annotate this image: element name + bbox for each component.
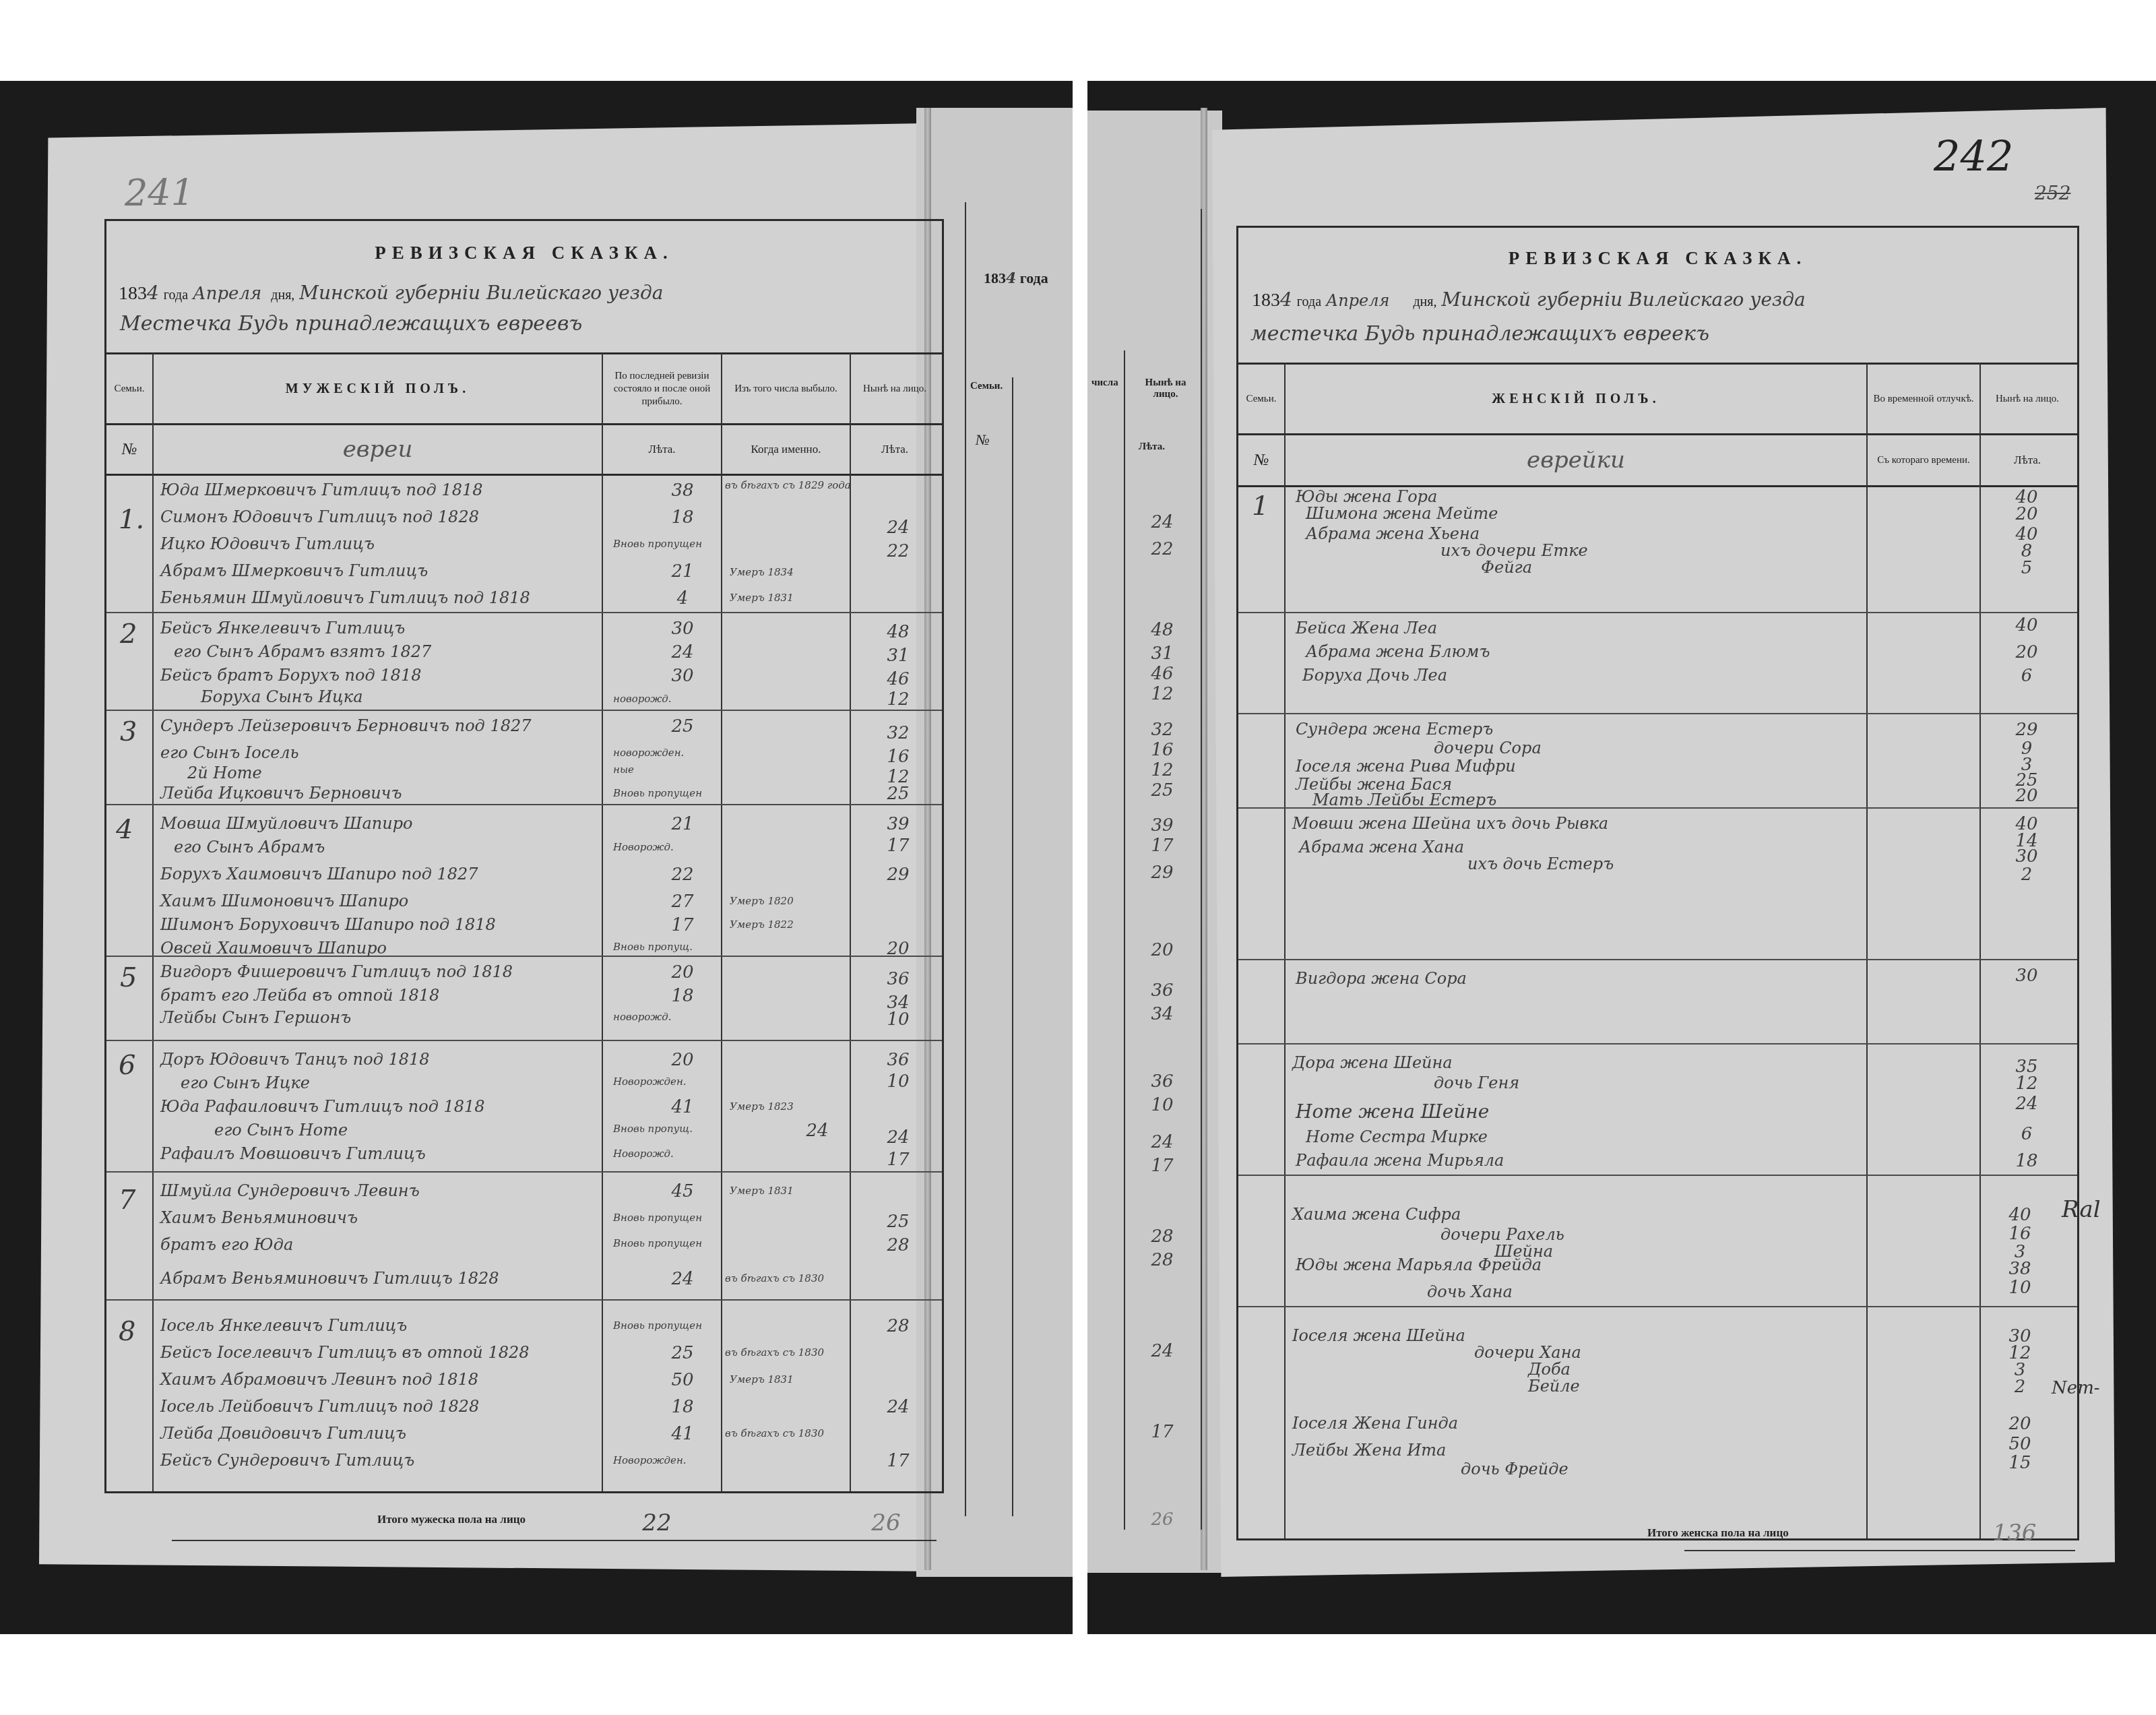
female-entry-name: Мовши жена Шейна ихъ дочь Рывка: [1292, 814, 1608, 833]
present-age: 39: [868, 814, 928, 834]
dropped-when: Умеръ 1834: [730, 566, 794, 578]
prev-age: 18: [652, 1397, 713, 1417]
prev-note: Новорожден.: [613, 1075, 687, 1088]
present-age: 25: [868, 784, 928, 804]
family-divider: [106, 710, 942, 711]
prev-age: 20: [652, 962, 713, 983]
col-ages: Лѣта.: [1981, 435, 2074, 485]
family-divider: [1238, 1175, 2077, 1176]
column-line: [1866, 485, 1868, 1538]
female-entry-name: ихъ дочь Естеръ: [1467, 854, 1614, 873]
female-entry-name: Абрама жена Блюмъ: [1306, 642, 1490, 661]
col-since-when: Съ котораго времени.: [1868, 435, 1979, 485]
male-entry-name: Шмуйла Сундеровичъ Левинъ: [160, 1181, 420, 1200]
family-number: 1: [1252, 491, 1269, 522]
female-entry-name: Абрама жена Хана: [1299, 838, 1464, 856]
strip-year: 1834 года: [984, 270, 1048, 287]
female-entry-name: Рафаила жена Мирьяла: [1296, 1151, 1504, 1170]
female-entry-name: Хаима жена Сифра: [1292, 1205, 1461, 1224]
female-entry-name: Абрама жена Хьена: [1306, 524, 1480, 543]
family-number: 3: [120, 716, 137, 747]
prev-age: 45: [652, 1181, 713, 1202]
present-age: 32: [868, 723, 928, 743]
strip-value: 36: [1132, 980, 1193, 1001]
right-title: РЕВИЗСКАЯ СКАЗКА.: [1238, 248, 2077, 269]
right-location-line: местечка Будь принадлежащихъ евреекъ: [1250, 322, 1709, 346]
right-page-number: 242: [1934, 131, 2013, 181]
col-when: Когда именно.: [722, 425, 850, 474]
col-last-revision: По последней ревизіи состояло и после он…: [603, 354, 721, 423]
present-age: 25: [868, 1212, 928, 1232]
footer-rule: [1684, 1550, 2075, 1551]
present-age: 50: [1990, 1434, 2050, 1454]
present-age: 18: [1996, 1151, 2057, 1171]
present-age: 2: [1996, 865, 2057, 885]
prev-note: Вновь пропущен: [613, 538, 702, 550]
family-number: 5: [120, 962, 137, 993]
col-present: Нынѣ на лицо.: [1981, 365, 2074, 433]
male-entry-name: Бейсъ Іоселевичъ Гитлицъ въ отпой 1828: [160, 1343, 530, 1362]
present-age: 17: [868, 836, 928, 856]
dropped-when: въ бѣгахъ съ 1830: [725, 1346, 824, 1359]
prev-age: 30: [652, 619, 713, 639]
column-line: [721, 474, 722, 1491]
prev-age: 30: [652, 666, 713, 686]
column-line: [152, 474, 154, 1471]
present-age: 40: [1996, 615, 2057, 635]
prev-age: 27: [652, 892, 713, 912]
strip-rule: [1201, 209, 1202, 1530]
prev-age: 20: [652, 1050, 713, 1070]
present-age: 10: [1990, 1278, 2050, 1298]
column-line: [1979, 485, 1981, 1538]
female-entry-name: Іоселя жена Рива Мифри: [1296, 757, 1516, 776]
present-age: 20: [1996, 642, 2057, 662]
strip-value: 28: [1132, 1226, 1193, 1247]
female-entry-name: Ноте Сестра Мирке: [1306, 1127, 1488, 1146]
column-line: [602, 474, 603, 1491]
left-title: РЕВИЗСКАЯ СКАЗКА.: [106, 243, 942, 263]
male-total-now: 26: [856, 1509, 916, 1536]
prev-note: Вновь пропущ.: [613, 1123, 693, 1135]
column-line: [850, 474, 851, 1491]
col-absence: Во временной отлучкѣ.: [1868, 365, 1979, 433]
male-entry-name: Лейбы Сынъ Гершонъ: [160, 1008, 351, 1027]
present-age: 22: [868, 541, 928, 561]
col-category: евреи: [154, 425, 602, 474]
prev-age: 50: [652, 1370, 713, 1390]
strip-value: 46: [1132, 664, 1193, 684]
present-age: 28: [868, 1235, 928, 1255]
present-age: 36: [868, 969, 928, 989]
male-entry-name: Бейсъ братъ Борухъ под 1818: [160, 666, 421, 685]
strip-value: 24: [1132, 1132, 1193, 1152]
present-age: 6: [1996, 666, 2057, 686]
prev-note: ные: [613, 763, 634, 776]
present-age: 10: [868, 1071, 928, 1092]
male-entry-name: братъ его Юда: [160, 1235, 293, 1254]
strip-present-label: Нынѣ на лицо.: [1132, 377, 1199, 400]
family-divider: [106, 1171, 942, 1173]
strip-value: 24: [1132, 1341, 1193, 1361]
prev-age: 21: [652, 561, 713, 582]
prev-note: Вновь пропущен: [613, 1212, 702, 1224]
present-age: 24: [1996, 1094, 2057, 1114]
dropped-age: 24: [787, 1121, 848, 1141]
strip-value: 22: [1132, 539, 1193, 559]
prev-age: 38: [652, 480, 713, 501]
male-entry-name: Хаимъ Абрамовичъ Левинъ под 1818: [160, 1370, 478, 1389]
male-entry-name: Овсей Хаимовичъ Шапиро: [160, 939, 387, 958]
present-age: 16: [1990, 1224, 2050, 1244]
prev-age: 24: [652, 642, 713, 662]
strip-value: 17: [1132, 1156, 1193, 1176]
strip-numbers-label: числа: [1091, 377, 1118, 389]
male-total-prev: 22: [627, 1509, 687, 1536]
col-category: еврейки: [1286, 435, 1866, 485]
strip-value: 29: [1132, 863, 1193, 883]
present-age: 38: [1990, 1259, 2050, 1279]
family-divider: [106, 1040, 942, 1041]
prev-age: 41: [652, 1097, 713, 1117]
female-entry-name: Сундера жена Естеръ: [1296, 720, 1493, 739]
present-age: 24: [868, 518, 928, 538]
dropped-when: въ бѣгахъ съ 1830: [725, 1272, 824, 1284]
male-entry-name: его Сынъ Іосель: [160, 743, 299, 762]
strip-value: 17: [1132, 836, 1193, 856]
male-entry-name: Беньямин Шмуйловичъ Гитлицъ под 1818: [160, 588, 530, 607]
strip-value: 36: [1132, 1071, 1193, 1092]
female-entry-name: Лейбы Жена Ита: [1292, 1441, 1446, 1460]
col-family: Семьи.: [1238, 365, 1284, 433]
present-age: 12: [868, 689, 928, 710]
male-entry-name: Юда Рафаиловичъ Гитлицъ под 1818: [160, 1097, 485, 1116]
male-entry-name: Шимонъ Боруховичъ Шапиро под 1818: [160, 915, 496, 934]
col-family: Семьи.: [106, 354, 152, 423]
column-line: [1284, 485, 1286, 1518]
male-total-label: Итого мужеска пола на лицо: [377, 1513, 526, 1526]
family-divider: [106, 804, 942, 805]
present-age: 6: [1996, 1124, 2057, 1144]
col-number-sign: №: [1238, 435, 1284, 485]
prev-note: Вновь пропущен: [613, 1319, 702, 1332]
dropped-when: Умеръ 1820: [730, 895, 794, 907]
female-entry-name: дочери Хана: [1474, 1343, 1581, 1362]
male-entry-name: Лейба Ицковичъ Берновичъ: [160, 784, 402, 803]
prev-age: 17: [652, 915, 713, 935]
prev-note: Вновь пропущен: [613, 787, 702, 799]
female-entry-name: дочь Хана: [1427, 1282, 1513, 1301]
strip-rule: [965, 202, 966, 1516]
left-location-line: Местечка Будь принадлежащихъ евреевъ: [120, 312, 582, 336]
strip-family-label: Семьи.: [970, 381, 1003, 392]
male-entry-name: Вигдоръ Фишеровичъ Гитлицъ под 1818: [160, 962, 513, 981]
prev-note: Новорожд.: [613, 1148, 674, 1160]
male-entry-name: Абрамъ Шмерковичъ Гитлицъ: [160, 561, 428, 580]
female-entry-name: Іоселя жена Шейна: [1292, 1326, 1465, 1345]
strip-value: 24: [1132, 512, 1193, 532]
strip-value: 31: [1132, 644, 1193, 664]
prev-note: Вновь пропущ.: [613, 941, 693, 953]
dropped-when: въ бѣгахъ съ 1830: [725, 1427, 824, 1439]
prev-note: новорожден.: [613, 747, 684, 759]
present-age: 46: [868, 669, 928, 689]
strip-value: 26: [1132, 1509, 1193, 1530]
footer-rule: [172, 1540, 937, 1541]
male-entry-name: Юда Шмерковичъ Гитлицъ под 1818: [160, 480, 482, 499]
female-entry-name: ихъ дочери Етке: [1440, 541, 1588, 560]
family-divider: [1238, 713, 2077, 714]
family-number: 7: [119, 1185, 135, 1216]
strip-rule: [1012, 377, 1013, 1516]
female-entry-name: Шимона жена Мейте: [1306, 504, 1498, 523]
male-entry-name: его Сынъ Ноте: [214, 1121, 348, 1140]
prev-age: 25: [652, 1343, 713, 1363]
dropped-when: Умеръ 1823: [730, 1100, 794, 1113]
dropped-when: въ бѣгахъ съ 1829 года: [725, 479, 851, 491]
male-entry-name: Хаимъ Шимоновичъ Шапиро: [160, 892, 408, 910]
prev-note: Новорожд.: [613, 841, 674, 853]
male-entry-name: Лейба Довидовичъ Гитлицъ: [160, 1424, 406, 1443]
male-entry-name: Іосель Лейбовичъ Гитлицъ под 1828: [160, 1397, 479, 1416]
male-entry-name: его Сынъ Ицке: [181, 1073, 310, 1092]
male-entry-name: Ицко Юдовичъ Гитлицъ: [160, 534, 375, 553]
female-entry-name: дочь Фрейде: [1461, 1460, 1568, 1478]
strip-value: 10: [1132, 1095, 1193, 1115]
strip-number-sign: №: [976, 431, 990, 449]
prev-age: 25: [652, 716, 713, 737]
female-total-now: 136: [1984, 1520, 2045, 1547]
male-entry-name: Симонъ Юдовичъ Гитлицъ под 1828: [160, 507, 479, 526]
male-entry-name: Сундеръ Лейзеровичъ Берновичъ под 1827: [160, 716, 532, 735]
female-total-label: Итого женска пола на лицо: [1647, 1526, 1789, 1540]
prev-note: Новорожден.: [613, 1454, 687, 1466]
strip-ages-label: Лѣта.: [1139, 441, 1165, 453]
present-age: 24: [868, 1127, 928, 1148]
female-entry-name: Бейле: [1528, 1377, 1580, 1396]
col-dropped: Изъ того числа выбыло.: [722, 354, 850, 423]
strip-value: 16: [1132, 740, 1193, 760]
strip-value: 34: [1132, 1004, 1193, 1024]
family-number: 1.: [119, 504, 144, 535]
family-divider: [1238, 1306, 2077, 1307]
male-entry-name: его Сынъ Абрамъ взятъ 1827: [174, 642, 431, 661]
male-entry-name: Бейсъ Сундеровичъ Гитлицъ: [160, 1451, 414, 1470]
prev-age: 41: [652, 1424, 713, 1444]
female-entry-name: Доба: [1528, 1360, 1571, 1379]
prev-age: 22: [652, 865, 713, 885]
old-page-number: 252: [2035, 182, 2070, 204]
right-form: РЕВИЗСКАЯ СКАЗКА. 1834 года Апреля дня, …: [1236, 226, 2079, 1540]
strip-rule: [1124, 350, 1125, 1530]
family-divider: [1238, 612, 2077, 613]
female-entry-name: дочери Сора: [1434, 739, 1542, 757]
male-entry-name: его Сынъ Абрамъ: [174, 838, 325, 856]
male-entry-name: Борухъ Хаимовичъ Шапиро под 1827: [160, 865, 478, 883]
female-entry-name: Іоселя Жена Гинда: [1292, 1414, 1458, 1433]
present-age: 20: [868, 939, 928, 959]
strip-value: 25: [1132, 780, 1193, 801]
family-divider: [1238, 959, 2077, 960]
left-form: РЕВИЗСКАЯ СКАЗКА. 1834 года Апреля дня, …: [104, 219, 944, 1493]
dropped-when: Умеръ 1831: [730, 592, 794, 604]
col-male-sex: МУЖЕСКІЙ ПОЛЪ.: [154, 354, 602, 423]
family-number: 6: [119, 1050, 135, 1081]
prev-note: новорожд.: [613, 1011, 672, 1023]
present-age: 40: [1990, 1205, 2050, 1225]
present-age: 20: [1990, 1414, 2050, 1434]
family-number: 2: [120, 619, 137, 650]
family-divider: [1238, 1043, 2077, 1044]
present-age: 29: [1996, 720, 2057, 740]
female-entry-name: Фейга: [1481, 558, 1532, 577]
left-date-line: 1834 года Апреля дня, Минской губерніи В…: [119, 282, 664, 305]
dropped-when: Умеръ 1831: [730, 1373, 794, 1385]
strip-value: 48: [1132, 620, 1193, 640]
male-entry-name: Бейсъ Янкелевичъ Гитлицъ: [160, 619, 405, 637]
female-entry-name: Юды жена Марьяла Фрейда: [1296, 1255, 1542, 1274]
strip-value: 17: [1132, 1422, 1193, 1442]
male-entry-name: Абрамъ Веньяминовичъ Гитлицъ 1828: [160, 1269, 499, 1288]
male-entry-name: братъ его Лейба въ отпой 1818: [160, 986, 439, 1005]
present-age: 2: [1990, 1377, 2050, 1397]
female-entry-name: Юды жена Гора: [1296, 487, 1437, 506]
dropped-when: Умеръ 1831: [730, 1185, 794, 1197]
present-age: 20: [1996, 504, 2057, 524]
present-age: 17: [868, 1451, 928, 1471]
male-entry-name: 2й Ноте: [187, 763, 262, 782]
present-age: 36: [868, 1050, 928, 1070]
strip-value: 12: [1132, 760, 1193, 780]
male-entry-name: Іосель Янкелевичъ Гитлицъ: [160, 1316, 407, 1335]
strip-value: 39: [1132, 815, 1193, 836]
right-date-line: 1834 года Апреля дня, Минской губерніи В…: [1252, 288, 1806, 311]
female-entry-name: дочери Рахель: [1440, 1225, 1564, 1244]
family-divider: [106, 612, 942, 613]
present-age: 29: [868, 865, 928, 885]
present-age: 17: [868, 1150, 928, 1170]
present-age: 10: [868, 1009, 928, 1030]
male-entry-name: Рафаилъ Мовшовичъ Гитлицъ: [160, 1144, 426, 1163]
strip-value: 20: [1132, 940, 1193, 960]
male-entry-name: Хаимъ Веньяминовичъ: [160, 1208, 358, 1227]
col-female-sex: ЖЕНСКІЙ ПОЛЪ.: [1286, 365, 1866, 433]
prev-age: 24: [652, 1269, 713, 1289]
prev-note: Вновь пропущен: [613, 1237, 702, 1249]
prev-age: 21: [652, 814, 713, 834]
strip-value: 28: [1132, 1250, 1193, 1270]
family-divider: [106, 1299, 942, 1301]
present-age: 48: [868, 622, 928, 642]
divider: [106, 474, 942, 476]
family-number: 8: [119, 1316, 135, 1347]
present-age: 31: [868, 646, 928, 666]
prev-note: новорожд.: [613, 693, 672, 705]
strip-value: 32: [1132, 720, 1193, 740]
present-age: 15: [1990, 1453, 2050, 1473]
family-number: 4: [116, 814, 133, 845]
prev-age: 18: [652, 507, 713, 528]
male-entry-name: Боруха Сынъ Ицка: [201, 687, 363, 706]
female-entry-name: Мать Лейбы Естеръ: [1312, 790, 1496, 809]
male-entry-name: Доръ Юдовичъ Танцъ под 1818: [160, 1050, 430, 1069]
dropped-when: Умеръ 1822: [730, 918, 794, 931]
left-page-number: 241: [125, 172, 194, 214]
prev-age: 18: [652, 986, 713, 1006]
present-age: 30: [1996, 966, 2057, 986]
present-age: 30: [1996, 846, 2057, 867]
col-number-sign: №: [106, 425, 152, 474]
present-age: 28: [868, 1316, 928, 1336]
strip-value: 12: [1132, 684, 1193, 704]
prev-age: 4: [652, 588, 713, 609]
present-age: 12: [1996, 1073, 2057, 1094]
female-entry-name: Дора жена Шейна: [1292, 1053, 1453, 1072]
present-age: 16: [868, 747, 928, 767]
female-entry-name: дочь Геня: [1434, 1073, 1519, 1092]
col-present: Нынѣ на лицо.: [851, 354, 939, 423]
margin-note: Nem-: [2052, 1378, 2100, 1398]
present-age: 24: [868, 1397, 928, 1417]
female-entry-name: Ноте жена Шейне: [1296, 1100, 1489, 1123]
present-age: 20: [1996, 786, 2057, 806]
female-entry-name: Вигдора жена Сора: [1296, 969, 1467, 988]
col-ages-present: Лѣта.: [851, 425, 939, 474]
col-ages: Лѣта.: [603, 425, 721, 474]
male-entry-name: Мовша Шмуйловичъ Шапиро: [160, 814, 412, 833]
margin-note: Ral: [2062, 1196, 2101, 1223]
present-age: 5: [1996, 558, 2057, 578]
female-entry-name: Боруха Дочь Леа: [1302, 666, 1447, 685]
female-entry-name: Бейса Жена Леа: [1296, 619, 1437, 637]
